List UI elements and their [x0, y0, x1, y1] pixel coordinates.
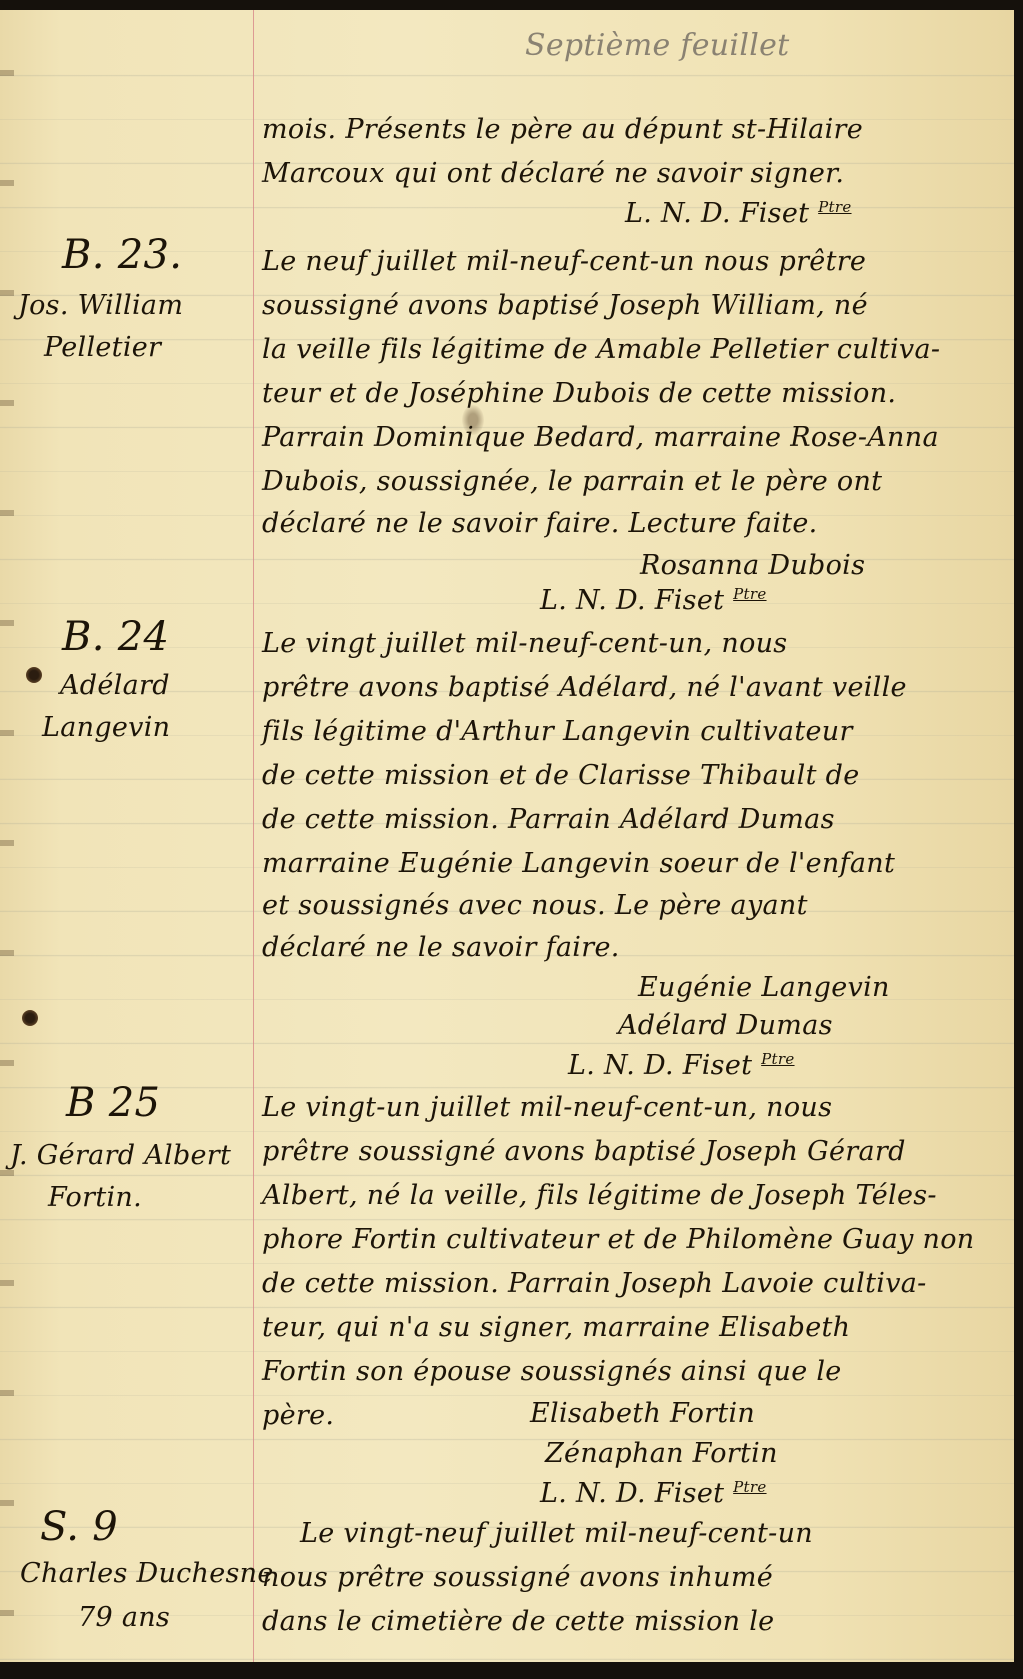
scan-border-bottom [0, 1662, 1023, 1679]
entry-line: de cette mission et de Clarisse Thibault… [262, 760, 860, 791]
continuation-line: Marcoux qui ont déclaré ne savoir signer… [262, 158, 844, 189]
witness-signature: Rosanna Dubois [640, 550, 865, 581]
scan-border-right [1014, 0, 1023, 1679]
entry-line: Albert, né la veille, fils légitime de J… [262, 1180, 937, 1211]
witness-signature: Adélard Dumas [618, 1010, 833, 1041]
signature-title: Ptre [733, 585, 766, 603]
priest-signature: L. N. D. Fiset Ptre [625, 198, 852, 229]
margin-name: J. Gérard Albert [10, 1140, 231, 1171]
entry-id: B. 23. [62, 232, 182, 278]
priest-signature: L. N. D. Fiset Ptre [568, 1050, 795, 1081]
entry-line: fils légitime d'Arthur Langevin cultivat… [262, 716, 853, 747]
entry-line: Parrain Dominique Bedard, marraine Rose-… [262, 422, 939, 453]
register-page: Septième feuillet mois. Présents le père… [0, 10, 1014, 1662]
signature-name: L. N. D. Fiset [540, 1478, 724, 1509]
entry-line: Le vingt-neuf juillet mil-neuf-cent-un [300, 1518, 813, 1549]
entry-line: déclaré ne le savoir faire. Lecture fait… [262, 508, 818, 539]
entry-line: la veille fils légitime de Amable Pellet… [262, 334, 940, 365]
margin-name: 79 ans [78, 1602, 170, 1633]
signature-name: L. N. D. Fiset [625, 198, 809, 229]
page-header-pencil: Septième feuillet [525, 28, 790, 63]
priest-signature: L. N. D. Fiset Ptre [540, 585, 767, 616]
entry-line: Le vingt juillet mil-neuf-cent-un, nous [262, 628, 787, 659]
binding-hole [26, 667, 42, 683]
margin-name: Jos. William [18, 290, 183, 321]
entry-line: dans le cimetière de cette mission le [262, 1606, 774, 1637]
margin-name: Charles Duchesne [20, 1558, 274, 1589]
signature-name: L. N. D. Fiset [568, 1050, 752, 1081]
entry-line: Le neuf juillet mil-neuf-cent-un nous pr… [262, 246, 866, 277]
scan-border-top [0, 0, 1023, 10]
witness-signature: Eugénie Langevin [638, 972, 890, 1003]
margin-name: Pelletier [44, 332, 161, 363]
entry-line: père. [262, 1400, 334, 1431]
entry-line: Le vingt-un juillet mil-neuf-cent-un, no… [262, 1092, 832, 1123]
margin-name: Langevin [42, 712, 170, 743]
entry-id: S. 9 [40, 1504, 118, 1550]
margin-name: Adélard [60, 670, 170, 701]
entry-line: de cette mission. Parrain Joseph Lavoie … [262, 1268, 927, 1299]
entry-id: B. 24 [62, 614, 169, 660]
margin-rule [253, 10, 254, 1662]
entry-line: prêtre avons baptisé Adélard, né l'avant… [262, 672, 907, 703]
entry-line: Fortin son épouse soussignés ainsi que l… [262, 1356, 842, 1387]
entry-line: de cette mission. Parrain Adélard Dumas [262, 804, 835, 835]
entry-line: teur et de Joséphine Dubois de cette mis… [262, 378, 896, 409]
signature-title: Ptre [761, 1050, 794, 1068]
entry-id: B 25 [66, 1080, 160, 1126]
entry-line: marraine Eugénie Langevin soeur de l'enf… [262, 848, 895, 879]
entry-line: et soussignés avec nous. Le père ayant [262, 890, 808, 921]
entry-line: soussigné avons baptisé Joseph William, … [262, 290, 868, 321]
signature-title: Ptre [818, 198, 851, 216]
continuation-line: mois. Présents le père au dépunt st-Hila… [262, 114, 863, 145]
entry-line: déclaré ne le savoir faire. [262, 932, 620, 963]
signature-title: Ptre [733, 1478, 766, 1496]
signature-name: L. N. D. Fiset [540, 585, 724, 616]
witness-signature: Elisabeth Fortin [530, 1398, 755, 1429]
binding-edge [0, 10, 14, 1662]
entry-line: teur, qui n'a su signer, marraine Elisab… [262, 1312, 850, 1343]
entry-line: Dubois, soussignée, le parrain et le pèr… [262, 466, 882, 497]
entry-line: phore Fortin cultivateur et de Philomène… [262, 1224, 974, 1255]
entry-line: nous prêtre soussigné avons inhumé [262, 1562, 773, 1593]
margin-name: Fortin. [48, 1182, 142, 1213]
priest-signature: L. N. D. Fiset Ptre [540, 1478, 767, 1509]
entry-line: prêtre soussigné avons baptisé Joseph Gé… [262, 1136, 906, 1167]
witness-signature: Zénaphan Fortin [545, 1438, 778, 1469]
binding-hole [22, 1010, 38, 1026]
